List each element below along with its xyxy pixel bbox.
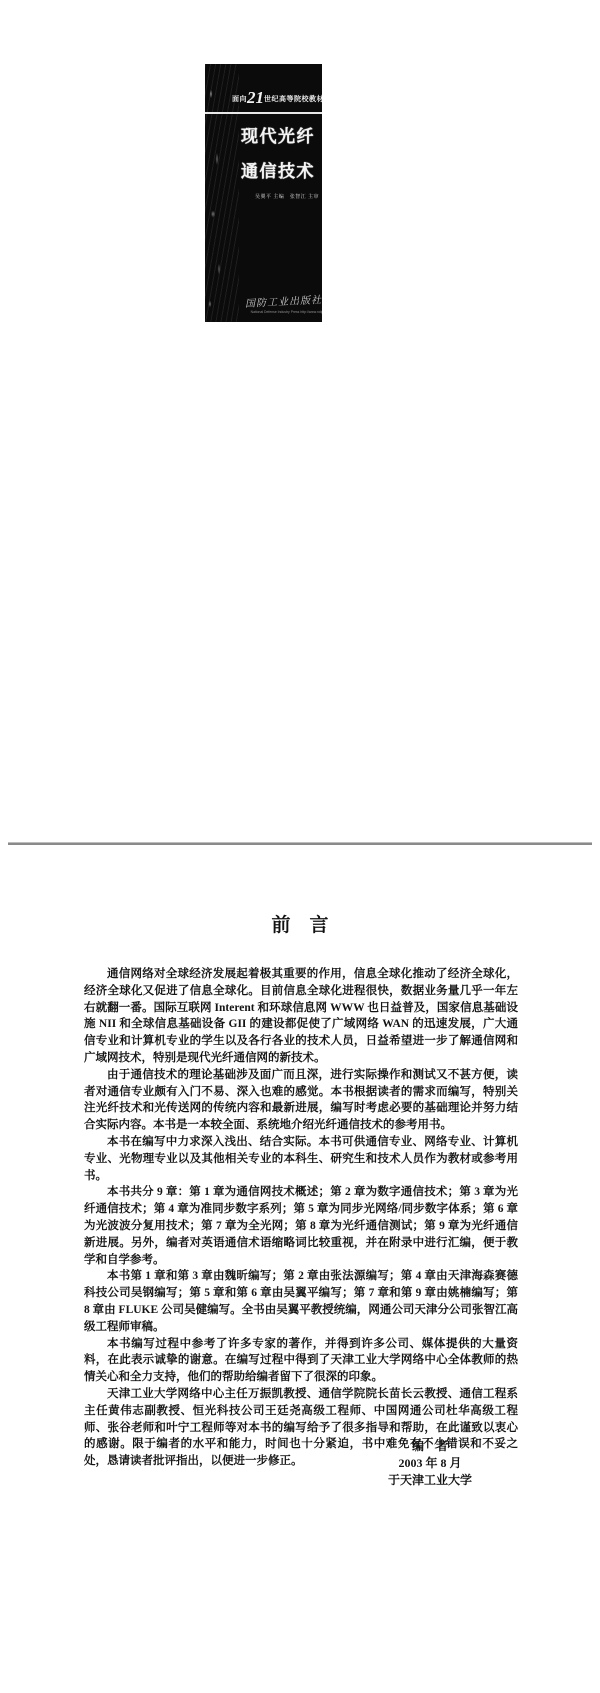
scanned-page: 面向21世纪高等院校教材 现代光纤 通信技术 吴翼平 主编 张智江 主审 国防工… bbox=[0, 0, 600, 1693]
preface-body: 通信网络对全球经济发展起着极其重要的作用，信息全球化推动了经济全球化，经济全球化… bbox=[84, 966, 518, 1470]
preface-paragraph-6: 本书编写过程中参考了许多专家的著作，并得到许多公司、媒体提供的大量资料，在此表示… bbox=[84, 1336, 518, 1386]
series-suffix: 世纪高等院校教材 bbox=[264, 96, 322, 103]
publisher-logotype: 国防工业出版社 bbox=[245, 291, 321, 310]
preface-paragraph-2: 由于通信技术的理论基础涉及面广而且深，进行实际操作和测试又不甚方便，读者对通信专… bbox=[84, 1067, 518, 1134]
signature-author: 编 者 bbox=[330, 1438, 530, 1455]
publisher-caption: National Defense Industry Press http://w… bbox=[251, 309, 315, 313]
series-number: 21 bbox=[247, 88, 264, 107]
signature-date: 2003 年 8 月 bbox=[330, 1455, 530, 1472]
cover-title: 现代光纤 通信技术 bbox=[241, 120, 321, 190]
horizontal-rule bbox=[8, 842, 592, 845]
cover-divider-line bbox=[205, 112, 322, 114]
preface-paragraph-5: 本书第 1 章和第 3 章由魏昕编写；第 2 章由张法源编写；第 4 章由天津海… bbox=[84, 1268, 518, 1335]
publisher-block: 国防工业出版社 National Defense Industry Press … bbox=[245, 293, 320, 314]
preface-paragraph-3: 本书在编写中力求深入浅出、结合实际。本书可供通信专业、网络专业、计算机专业、光物… bbox=[84, 1134, 518, 1184]
cover-title-line1: 现代光纤 bbox=[241, 120, 321, 155]
cover-title-line2: 通信技术 bbox=[241, 155, 321, 190]
preface-title: 前 言 bbox=[0, 910, 600, 937]
signature-place: 于天津工业大学 bbox=[330, 1472, 530, 1489]
preface-paragraph-1: 通信网络对全球经济发展起着极其重要的作用，信息全球化推动了经济全球化，经济全球化… bbox=[84, 966, 518, 1067]
signature-block: 编 者 2003 年 8 月 于天津工业大学 bbox=[330, 1438, 530, 1489]
book-cover: 面向21世纪高等院校教材 现代光纤 通信技术 吴翼平 主编 张智江 主审 国防工… bbox=[205, 64, 322, 322]
preface-paragraph-4: 本书共分 9 章：第 1 章为通信网技术概述；第 2 章为数字通信技术；第 3 … bbox=[84, 1184, 518, 1268]
series-prefix: 面向 bbox=[232, 96, 247, 103]
cover-byline: 吴翼平 主编 张智江 主审 bbox=[255, 193, 319, 200]
cover-series-label: 面向21世纪高等院校教材 bbox=[232, 88, 318, 108]
